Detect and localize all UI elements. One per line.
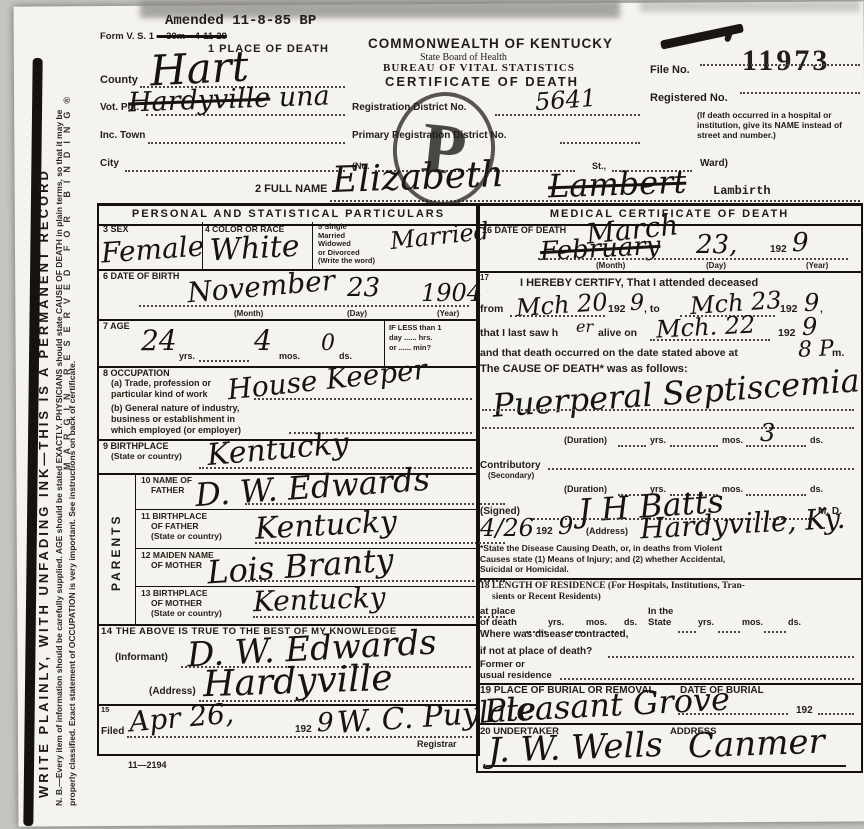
- dod-year-stub: 192: [770, 244, 787, 255]
- filed-number: 15: [101, 705, 109, 714]
- state-label: State: [648, 617, 671, 628]
- dod-day-handwriting: 23,: [696, 232, 737, 258]
- occupation-a-line: particular kind of work: [111, 389, 211, 400]
- footnote-line: Causes state (1) Means of Injury; and (2…: [480, 554, 725, 565]
- hospital-note: (If death occurred in a hospital or inst…: [697, 110, 862, 140]
- cause-handwriting: Puerperal Septiscemia: [491, 364, 860, 422]
- secondary-label: (Secondary): [488, 471, 534, 480]
- birthplace-caption: (State or country): [111, 451, 182, 461]
- inc-town-line: [148, 142, 345, 144]
- bureau-subtitle: BUREAU OF VITAL STATISTICS: [383, 62, 575, 74]
- scan-smudge: [640, 0, 860, 12]
- county-label: County: [100, 74, 138, 86]
- undertaker-row: 20 UNDERTAKER ADDRESS J. W. Wells Canmer: [478, 723, 861, 769]
- certify-from-year-handwriting: 9: [630, 293, 644, 315]
- certify-to-year-stub: 192: [780, 303, 798, 315]
- medical-section: MEDICAL CERTIFICATE OF DEATH 16 DATE OF …: [476, 203, 863, 773]
- death-time-handwriting: 8 P: [797, 338, 834, 362]
- mos-label: mos.: [279, 351, 300, 361]
- res-yrs-label: yrs.: [548, 617, 564, 627]
- dod-month-caption: (Month): [596, 261, 625, 270]
- age-yrs-handwriting: 24: [141, 327, 177, 355]
- cause-footnote: *State the Disease Causing Death, or, in…: [478, 540, 861, 580]
- res-state-yrs-label: yrs.: [698, 617, 714, 627]
- date-of-death-row: 16 DATE OF DEATH March February 23, 192 …: [478, 222, 861, 273]
- marital-handwriting: Married: [389, 219, 490, 253]
- certify-saw-date-handwriting: Mch. 22: [655, 312, 755, 341]
- city-label: City: [100, 158, 119, 169]
- yrs-label: yrs.: [179, 351, 195, 361]
- margin-nb-note: N. B.—Every item of information should b…: [53, 106, 79, 806]
- registered-no-label: Registered No.: [650, 92, 728, 104]
- in-the-label: In the: [648, 606, 673, 617]
- filed-year-stub: 192: [295, 724, 312, 735]
- certify-saw-label: that I last saw h: [480, 327, 558, 339]
- certify-to-year-handwriting: 9: [804, 291, 819, 315]
- occupation-b-line: (b) General nature of industry,: [111, 403, 241, 414]
- dob-month-handwriting: November: [186, 267, 336, 308]
- duration-mos-label: mos.: [722, 435, 743, 445]
- where-contracted-label: Where was disease contracted,: [480, 629, 628, 640]
- dob-label: 6 DATE OF BIRTH: [103, 271, 179, 281]
- form-number: Form V. S. 1: [100, 31, 154, 42]
- file-no-line: [700, 64, 860, 66]
- dob-year-handwriting: 1904: [421, 281, 482, 305]
- father-name-label: 10 NAME OF: [141, 475, 192, 485]
- mother-birthplace-handwriting: Kentucky: [253, 584, 386, 617]
- race-handwriting: White: [209, 232, 300, 267]
- age-label: 7 AGE: [103, 321, 130, 331]
- physician-address-handwriting: Hardyville, Ky.: [639, 505, 846, 544]
- informant-address-label: (Address): [149, 686, 196, 697]
- signed-year-handwriting: 9: [558, 514, 573, 538]
- full-name-struck-handwriting: Lambert: [547, 166, 686, 203]
- full-name-typed-correction: Lambirth: [713, 184, 771, 198]
- duration-label: (Duration): [564, 435, 607, 445]
- signed-block: (Signed) J H Batts M. D. 4/26 192 9 (Add…: [478, 498, 861, 540]
- if-less-line: IF LESS than 1: [389, 323, 442, 333]
- file-no-value: 11973: [742, 44, 830, 78]
- dob-day-handwriting: 23: [347, 275, 380, 301]
- certify-m-label: m.: [832, 347, 844, 359]
- footnote-line: Suicidal or Homicidal.: [480, 564, 725, 575]
- filed-year-handwriting: 9: [317, 710, 334, 736]
- dod-day-caption: (Day): [706, 261, 726, 270]
- vot-pct-handwriting: una: [278, 80, 330, 113]
- filed-row: 15 Filed Apr 26, 192 9 W. C. Puylate Reg…: [99, 704, 478, 752]
- father-birthplace-label: 11 BIRTHPLACE: [141, 511, 222, 521]
- city-line: [125, 170, 345, 172]
- comma: ,: [820, 303, 823, 315]
- certify-saw-year-stub: 192: [778, 327, 796, 339]
- at-place-label: at place: [480, 606, 515, 617]
- res-state-mos-label: mos.: [742, 617, 763, 627]
- mother-birthplace-label: 13 BIRTHPLACE: [141, 588, 222, 598]
- residence-block: 18 LENGTH OF RESIDENCE (For Hospitals, I…: [478, 578, 861, 685]
- duration2-ds-label: ds.: [810, 484, 823, 494]
- occupation-label: 8 OCCUPATION: [103, 368, 170, 378]
- signed-address-label: (Address): [586, 526, 628, 536]
- residence-heading: 18 LENGTH OF RESIDENCE (For Hospitals, I…: [480, 581, 745, 592]
- signed-date-handwriting: 4/26: [480, 516, 534, 540]
- usual-residence-label: usual residence: [480, 670, 552, 681]
- of-death-label: of death: [480, 617, 517, 628]
- certify-alive-label: alive on: [598, 327, 637, 339]
- duration2-mos-label: mos.: [722, 484, 743, 494]
- footnote-line: *State the Disease Causing Death, or, in…: [480, 543, 725, 554]
- sex-race-marital-row: 3 SEX Female 4 COLOR OR RACE White 5 Sin…: [99, 222, 478, 271]
- dod-year-handwriting: 9: [792, 230, 809, 256]
- if-less-line: day ...... hrs.: [389, 333, 442, 343]
- certify-from-label: from: [480, 303, 503, 315]
- certify-intro: I HEREBY CERTIFY, That I attended deceas…: [520, 277, 758, 289]
- month-caption: (Month): [234, 309, 263, 318]
- year-caption: (Year): [437, 309, 459, 318]
- parents-label: PARENTS: [109, 514, 123, 591]
- filed-date-handwriting: Apr 26,: [128, 699, 235, 736]
- commonwealth-title: COMMONWEALTH OF KENTUCKY: [368, 36, 613, 51]
- certify-block: 17 I HEREBY CERTIFY, That I attended dec…: [478, 271, 861, 371]
- informant-label: (Informant): [115, 652, 168, 663]
- father-birthplace-handwriting: Kentucky: [254, 507, 397, 544]
- former-label: Former or: [480, 659, 525, 670]
- full-name-label: 2 FULL NAME: [255, 183, 328, 195]
- duration-ds-label: ds.: [810, 435, 823, 445]
- vot-pct-struck-handwriting: Hardyville: [128, 83, 271, 119]
- duration-yrs-label: yrs.: [650, 435, 666, 445]
- certify-occurred-label: and that death occurred on the date stat…: [480, 347, 738, 359]
- age-mos-handwriting: 4: [254, 327, 272, 355]
- undertaker-signature: J. W. Wells: [487, 728, 663, 768]
- filed-label: Filed: [101, 726, 124, 737]
- cause-of-death-block: Puerperal Septiscemia (Duration) yrs. mo…: [478, 371, 861, 458]
- sex-label: 3 SEX: [103, 224, 129, 234]
- parents-block: PARENTS 10 NAME OF FATHER D. W. Edwards …: [99, 473, 478, 626]
- personal-section: PERSONAL AND STATISTICAL PARTICULARS 3 S…: [97, 203, 480, 756]
- ward-label: Ward): [700, 158, 728, 169]
- burial-row: 19 PLACE OF BURIAL OR REMOVAL DATE OF BU…: [478, 683, 861, 725]
- margin-permanent-record-note: WRITE PLAINLY, WITH UNFADING INK—THIS IS…: [36, 168, 51, 798]
- form-number-struck: —30m—4-11-29: [157, 31, 227, 42]
- occupation-row: 8 OCCUPATION (a) Trade, profession or pa…: [99, 366, 478, 441]
- certify-to-label: , to: [644, 303, 660, 315]
- plate-code: 11—2194: [128, 760, 167, 770]
- inc-town-label: Inc. Town: [100, 130, 145, 141]
- reg-district-line: [495, 114, 640, 116]
- res-mos-label: mos.: [586, 617, 607, 627]
- registered-no-line: [740, 92, 860, 94]
- file-no-label: File No.: [650, 64, 690, 76]
- death-certificate-scan: MARGIN RESERVED FOR BINDING® WRITE PLAIN…: [0, 0, 864, 829]
- registrar-label: Registrar: [417, 739, 457, 749]
- undertaker-address-handwriting: Canmer: [687, 725, 825, 764]
- date-of-birth-row: 6 DATE OF BIRTH November 23 1904 (Month)…: [99, 269, 478, 321]
- occupation-b-line: which employed (or employer): [111, 425, 241, 436]
- burial-year-stub: 192: [796, 705, 813, 716]
- if-not-label: if not at place of death?: [480, 646, 592, 657]
- dod-label: 16 DATE OF DEATH: [482, 225, 566, 235]
- reg-district-handwriting: 5641: [534, 86, 597, 114]
- duration-ds-handwriting: 3: [760, 421, 775, 445]
- certify-saw-year-handwriting: 9: [802, 315, 817, 339]
- signed-year-stub: 192: [536, 526, 553, 537]
- certify-from-year-stub: 192: [608, 303, 626, 315]
- primary-reg-line: [560, 142, 640, 144]
- occupation-a-line: (a) Trade, profession or: [111, 378, 211, 389]
- res-ds-label: ds.: [624, 617, 637, 627]
- sex-handwriting: Female: [100, 232, 205, 267]
- contributory-label: Contributory: [480, 460, 541, 471]
- occupation-b-line: business or establishment in: [111, 414, 241, 425]
- mother-name-label: 12 MAIDEN NAME: [141, 550, 214, 560]
- amended-note: Amended 11-8-85 BP: [165, 13, 316, 29]
- age-ds-handwriting: 0: [321, 333, 335, 355]
- certify-number: 17: [480, 273, 489, 282]
- res-state-ds-label: ds.: [788, 617, 801, 627]
- dod-year-caption: (Year): [806, 261, 828, 270]
- certify-saw-suffix-handwriting: er: [576, 319, 593, 335]
- birthplace-label: 9 BIRTHPLACE: [103, 441, 169, 451]
- informant-row: 14 THE ABOVE IS TRUE TO THE BEST OF MY K…: [99, 624, 478, 706]
- day-caption: (Day): [347, 309, 367, 318]
- if-less-line: or ...... min?: [389, 343, 442, 353]
